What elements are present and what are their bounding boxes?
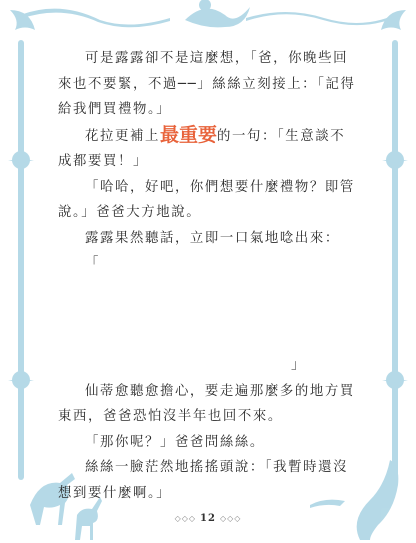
paragraph: 「那你呢？」爸爸問絲絲。: [58, 430, 358, 456]
close-quote: 」: [58, 353, 358, 379]
paragraph: 絲絲一臉茫然地搖搖頭說：「我暫時還沒想到要什麼啊。」: [58, 455, 358, 506]
story-text: 可是露露卻不是這麼想，「爸，你晚些回來也不要緊，不過──」絲絲立刻接上：「記得給…: [58, 46, 358, 506]
mermaid-icon: [357, 460, 399, 540]
blank-line: [58, 277, 358, 303]
diamond-ornament-icon: ◇◇◇: [220, 514, 241, 523]
paragraph: 「哈哈，好吧，你們想要什麼禮物？即管說。」爸爸大方地說。: [58, 175, 358, 226]
paragraph: 仙蒂愈聽愈擔心，要走遍那麼多的地方買東西，爸爸恐怕沒半年也回不來。: [58, 379, 358, 430]
text-run: 花拉更補上: [85, 129, 160, 144]
page-number-value: 12: [200, 513, 216, 524]
swan-icon: [185, 7, 250, 27]
paragraph: 露露果然聽話，立即一口氣地唸出來：: [58, 226, 358, 252]
emphasis-text: 最重要: [160, 124, 217, 146]
paragraph: 可是露露卻不是這麼想，「爸，你晚些回來也不要緊，不過──」絲絲立刻接上：「記得給…: [58, 46, 358, 123]
blank-line: [58, 302, 358, 328]
paragraph: 花拉更補上最重要的一句：「生意談不成都要買！」: [58, 123, 358, 175]
open-quote: 「: [58, 251, 358, 277]
diamond-ornament-icon: ◇◇◇: [175, 514, 196, 523]
blank-line: [58, 328, 358, 354]
page-number: ◇◇◇12◇◇◇: [0, 513, 416, 524]
